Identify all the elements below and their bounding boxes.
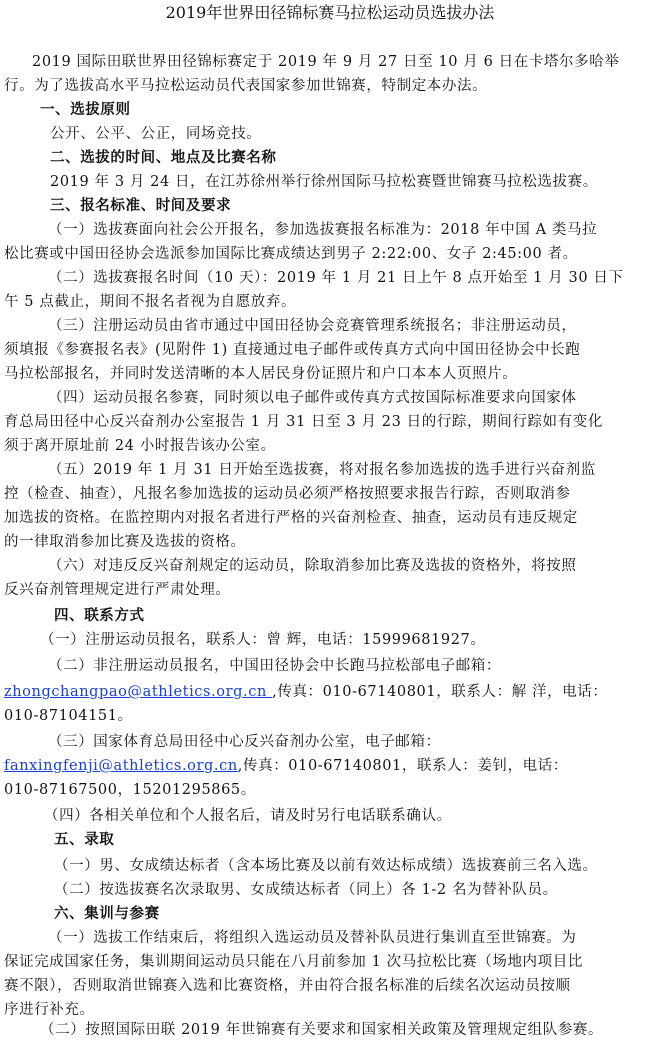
document-page: 2019年世界田径锦标赛马拉松运动员选拔办法 2019 国际田联世界田径锦标赛定…	[0, 0, 660, 1043]
section-heading-2: 二、选拔的时间、地点及比赛名称	[50, 148, 277, 168]
contact-item-4: （四）各相关单位和个人报名后，请及时另行电话联系确认。	[44, 806, 452, 826]
training-line: 保证完成国家任务，集训期间运动员只能在八月前参加 1 次马拉松比赛（场地内项目比	[4, 952, 583, 972]
training-line: 序进行补充。	[4, 1000, 95, 1020]
section3-line: 须于离开原址前 24 小时报告该办公室。	[4, 436, 276, 456]
training-line: （二）按照国际田联 2019 年世锦赛有关要求和国家相关政策及管理规定组队参赛。	[40, 1020, 603, 1040]
section3-line: （五）2019 年 1 月 31 日开始至选拔赛，将对报名参加选拔的选手进行兴奋…	[48, 460, 596, 480]
section3-line: 须填报《参赛报名表》(见附件 1) 直接通过电子邮件或传真方式向中国田径协会中长…	[4, 340, 580, 360]
section3-line: （三）注册运动员由省市通过中国田径协会竞赛管理系统报名；非注册运动员，	[48, 316, 577, 336]
section3-line: （六）对违反反兴奋剂规定的运动员，除取消参加比赛及选拔的资格外，将按照	[48, 556, 577, 576]
section-heading-5: 五、录取	[54, 830, 114, 850]
admission-item-2: （二）按选拔赛名次录取男、女成绩达标者（同上）各 1-2 名为替补队员。	[54, 880, 558, 900]
email-link-fanxingfenji[interactable]: fanxingfenji@athletics.org.cn	[4, 758, 238, 774]
section3-line: （一）选拔赛面向社会公开报名，参加选拔赛报名标准为：2018 年中国 A 类马拉	[48, 220, 597, 240]
section3-line: 马拉松部报名，并同时发送清晰的本人居民身份证照片和户口本本人页照片。	[4, 364, 517, 384]
intro-line-1: 2019 国际田联世界田径锦标赛定于 2019 年 9 月 27 日至 10 月…	[32, 52, 619, 72]
document-title: 2019年世界田径锦标赛马拉松运动员选拔办法	[0, 2, 660, 24]
section-heading-6: 六、集训与参赛	[54, 904, 160, 924]
email-link-zhongchangpao[interactable]: zhongchangpao@athletics.org.cn	[4, 684, 272, 700]
section3-line: 加选拔的资格。在监控期内对报名者进行严格的兴奋剂检查、抽查，运动员有违反规定	[4, 508, 578, 528]
contact-item-3-line-1: （三）国家体育总局田径中心反兴奋剂办公室，电子邮箱：	[48, 732, 441, 752]
contact-item-3-fax: ,传真：010-67140801，联系人：姜钊，电话：	[238, 758, 568, 774]
contact-item-3-line-3: 010-87167500，15201295865。	[4, 780, 256, 800]
section3-line: 育总局田径中心反兴奋剂办公室报告 1 月 31 日至 3 月 23 日的行踪，期…	[4, 412, 603, 432]
training-line: （一）选拔工作结束后，将组织入选运动员及替补队员进行集训直至世锦赛。为	[48, 928, 577, 948]
contact-item-2-line-1: （二）非注册运动员报名，中国田径协会中长跑马拉松部电子邮箱：	[48, 656, 501, 676]
section3-line: 松比赛或中国田径协会选派参加国际比赛成绩达到男子 2:22:00、女子 2:45…	[4, 244, 578, 264]
section3-line: 反兴奋剂管理规定进行严肃处理。	[4, 580, 231, 600]
training-line: 赛不限），否则取消世锦赛入选和比赛资格，并由符合报名标准的后续名次运动员按顺	[4, 976, 571, 996]
section-text-1: 公开、公平、公正，同场竞技。	[50, 124, 261, 144]
contact-item-1: （一）注册运动员报名，联系人：曾 辉，电话：15999681927。	[40, 630, 486, 650]
contact-item-3-line-2: fanxingfenji@athletics.org.cn,传真：010-671…	[4, 756, 568, 776]
contact-item-2-line-3: 010-87104151。	[4, 706, 133, 726]
section3-line: 的一律取消参加比赛及选拔的资格。	[4, 532, 246, 552]
admission-item-1: （一）男、女成绩达标者（含本场比赛及以前有效达标成绩）选拔赛前三名入选。	[54, 856, 598, 876]
section3-line: 控（检查、抽查），凡报名参加选拔的运动员必须严格按照要求报告行踪，否则取消参	[4, 484, 571, 504]
contact-item-2-fax: ,传真：010-67140801，联系人：解 洋，电话：	[272, 684, 607, 700]
intro-line-2: 行。为了选拔高水平马拉松运动员代表国家参加世锦赛，特制定本办法。	[4, 76, 487, 96]
section-heading-1: 一、选拔原则	[40, 100, 131, 120]
section3-line: （二）选拔赛报名时间（10 天）：2019 年 1 月 21 日上午 8 点开始…	[48, 268, 624, 288]
section-text-2: 2019 年 3 月 24 日，在江苏徐州举行徐州国际马拉松赛暨世锦赛马拉松选拔…	[50, 172, 598, 192]
contact-item-2-line-2: zhongchangpao@athletics.org.cn ,传真：010-6…	[4, 682, 608, 702]
section3-line: （四）运动员报名参赛，同时须以电子邮件或传真方式按国际标准要求向国家体	[48, 388, 577, 408]
section-heading-4: 四、联系方式	[54, 606, 145, 626]
section-heading-3: 三、报名标准、时间及要求	[50, 196, 231, 216]
section3-line: 午 5 点截止，期间不报名者视为自愿放弃。	[4, 292, 296, 312]
